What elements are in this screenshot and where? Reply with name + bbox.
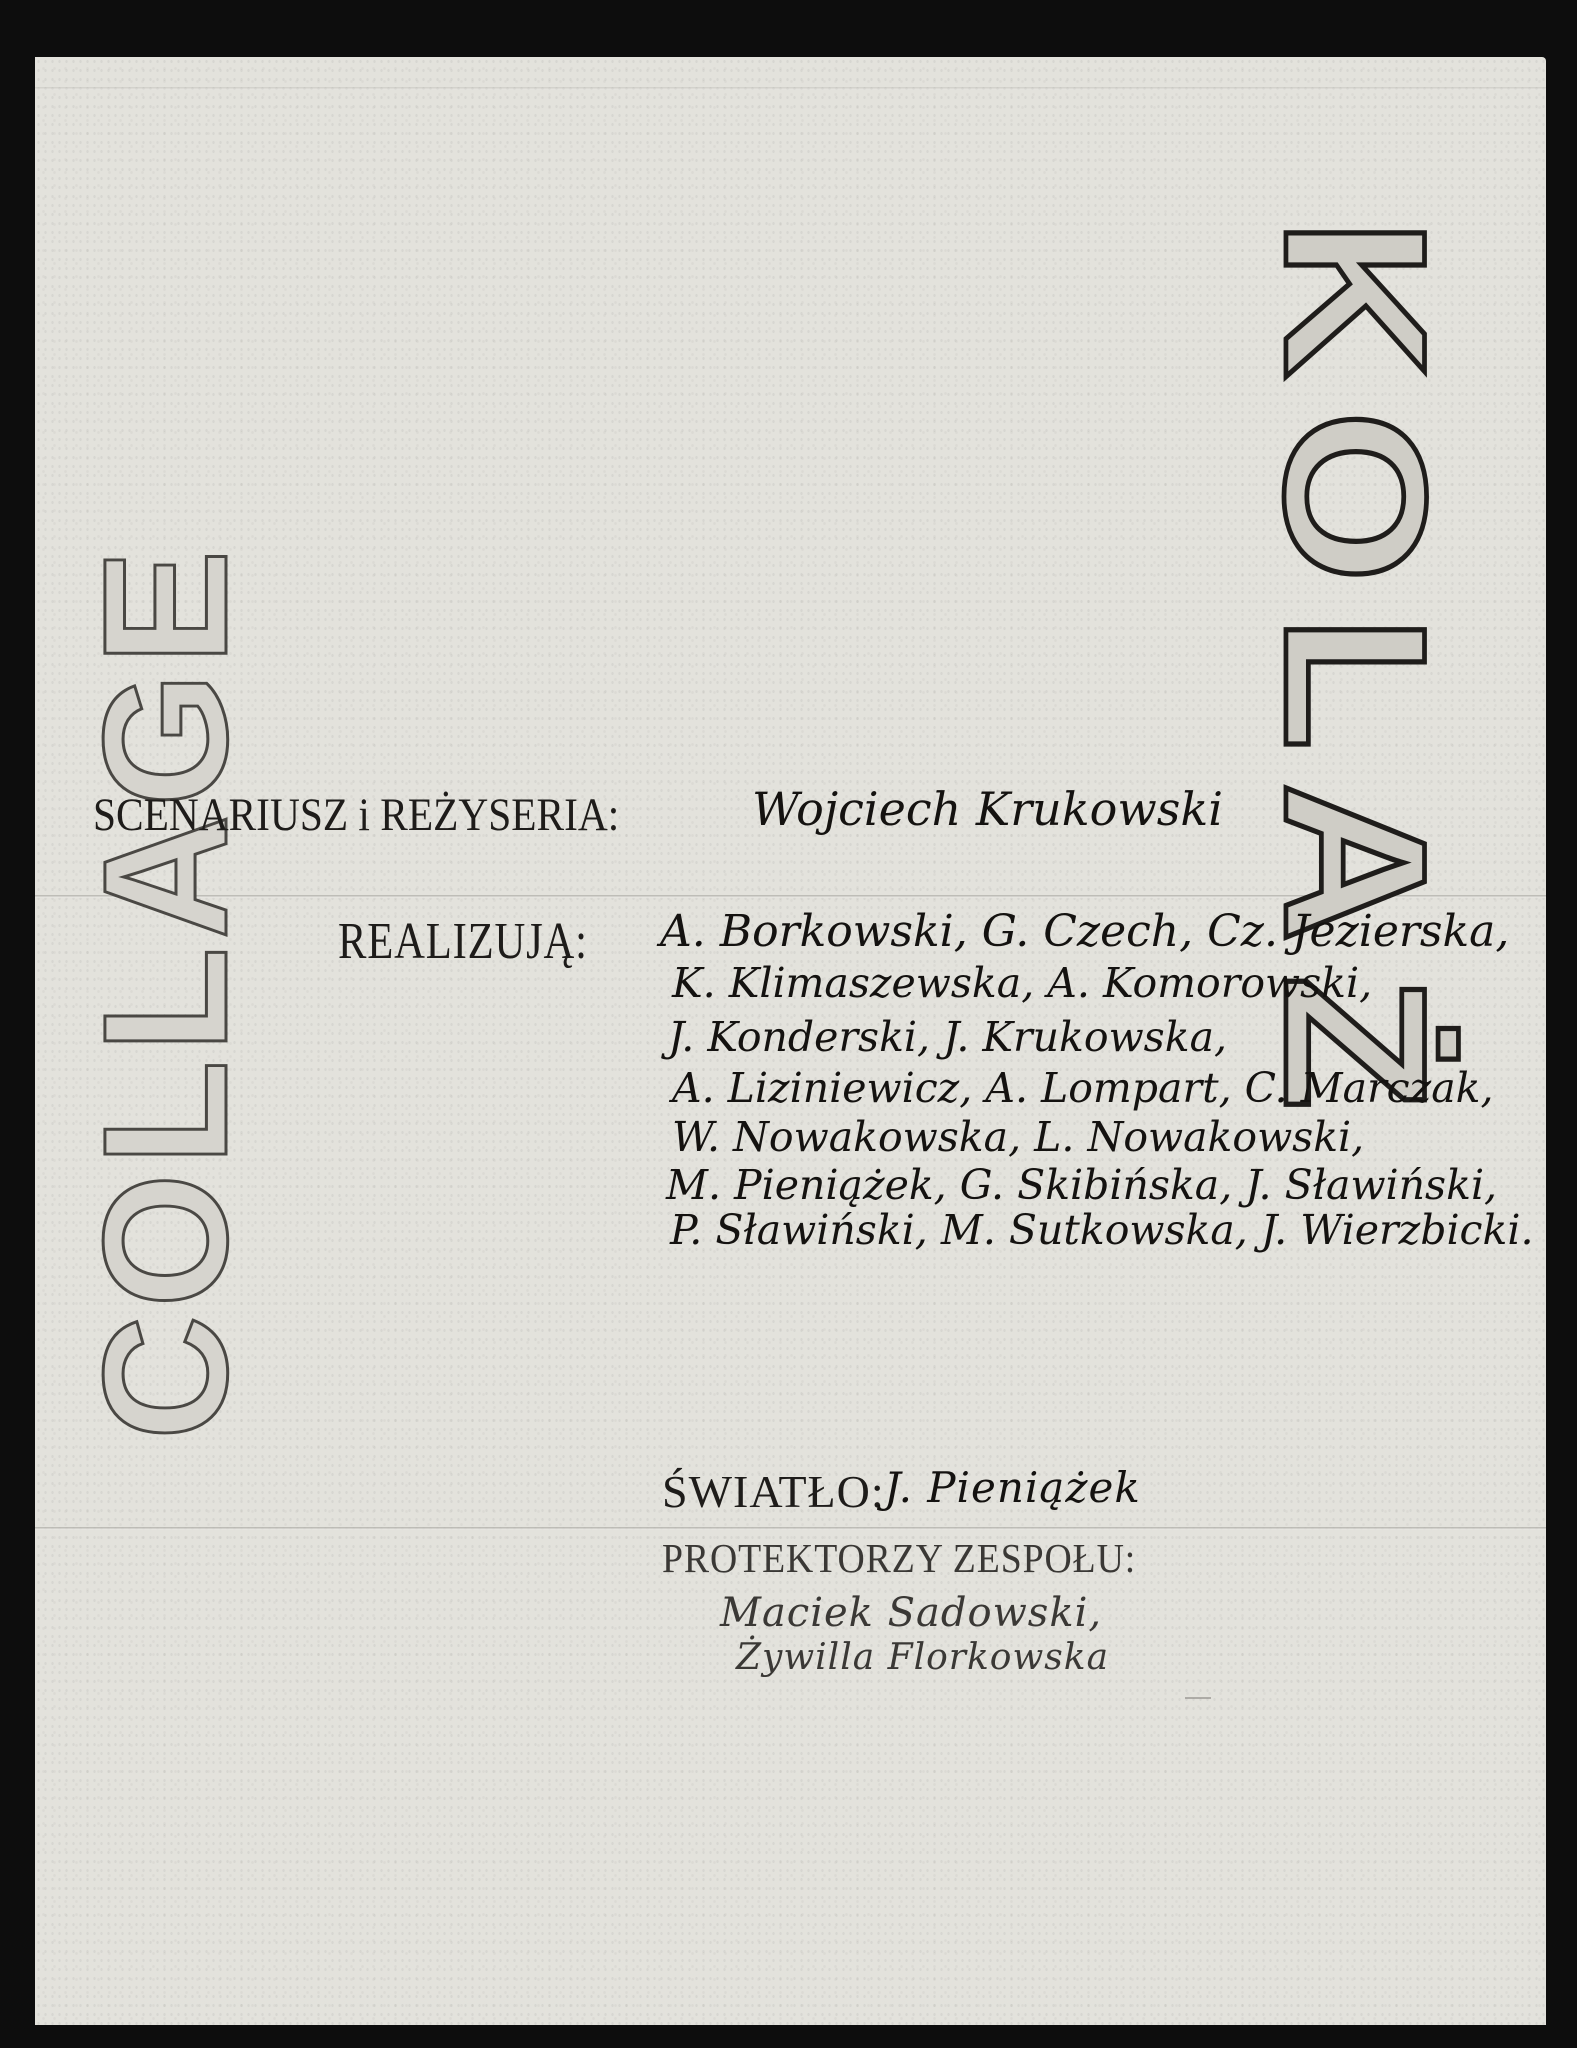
cast-line: M. Pieniążek, G. Skibińska, J. Sławiński…	[666, 1165, 1497, 1206]
cast-line: J. Konderski, J. Krukowska,	[668, 1017, 1227, 1058]
lighting-label: ŚWIATŁO:	[662, 1465, 885, 1518]
patron-name: Maciek Sadowski,	[720, 1590, 1102, 1636]
title-stamp-collage: COLLAGE	[78, 542, 254, 1440]
patron-name: Żywilla Florkowska	[736, 1637, 1109, 1678]
cast-line: A. Liziniewicz, A. Lompart, C. Marczak,	[672, 1068, 1494, 1109]
cast-line: A. Borkowski, G. Czech, Cz. Jezierska,	[660, 910, 1509, 954]
fold-crease-lower	[35, 1527, 1546, 1530]
cast-line: W. Nowakowska, L. Nowakowski,	[672, 1117, 1364, 1158]
lighting-value: J. Pieniążek	[884, 1463, 1141, 1512]
fold-crease-top	[35, 87, 1546, 90]
cast-line: P. Sławiński, M. Sutkowska, J. Wierzbick…	[670, 1210, 1534, 1251]
cast-line: K. Klimaszewska, A. Komorowski,	[672, 963, 1372, 1004]
pencil-dash	[1185, 1697, 1211, 1699]
cast-label: REALIZUJĄ:	[338, 912, 588, 971]
script-direction-label: SCENARIUSZ i REŻYSERIA:	[93, 788, 619, 842]
patrons-label: PROTEKTORZY ZESPOŁU:	[662, 1534, 1136, 1582]
script-direction-value: Wojciech Krukowski	[752, 782, 1223, 836]
